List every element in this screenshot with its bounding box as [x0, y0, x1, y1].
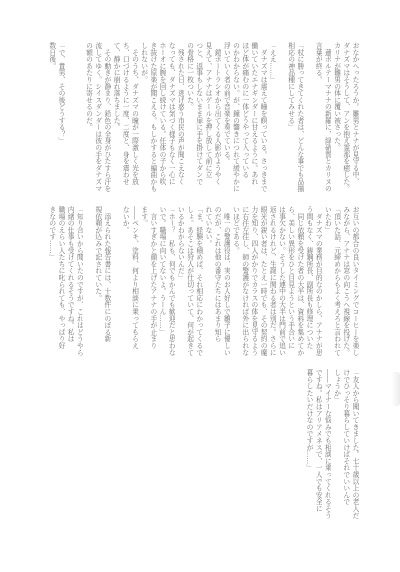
text-column: その動きが静まり、鉛色の全身がひたすら汗を — [102, 42, 111, 194]
text-column: 言いすぎかと顔を上げたアナナの手が止まり — [148, 206, 157, 358]
text-column: ですね。私はアリアメネスで、一人でも安全に — [313, 369, 322, 521]
text-column: 流してゆく。シイスダンダーは彼の手をダナズマ — [93, 42, 102, 194]
text-column: の骨格に一枚ついた。 — [184, 42, 193, 194]
text-column: に右往左往し、師の警護がなければ外に出られな — [240, 206, 249, 358]
book-page: おなかへったろうか。雛男とナナが見守る中、 ダナズマはそうして、アンを抱え霊那を… — [0, 0, 400, 572]
blank-column — [111, 206, 120, 358]
text-column: ら、美しい異形をひと目見ようという手合いに — [286, 206, 295, 358]
text-column: 蓮ボルテーマナナの新羅に、緑硝質とカリヌの — [322, 42, 331, 194]
text-column: ほど体が痛むのに一体どうやって入っている — [240, 42, 249, 194]
text-column: なっても、ダナズマは気づく様子もなく一心に — [166, 42, 175, 194]
text-column: 暮らしたいだけなのですが……」 — [304, 369, 313, 521]
blank-column — [83, 206, 92, 358]
text-tier-middle: お互いの都合の良いタイミングでコーヒーを楽し みながら、アナナは窓の向こうへ視線… — [47, 206, 359, 358]
text-column: き抜けた原楽が聞こえる。もしかすると編曲かも — [148, 42, 157, 194]
text-column: いほどである。 — [230, 206, 239, 358]
text-column: ――マイナーな悩みでも相談に乗ってくれるそう — [322, 369, 331, 521]
text-column: きなのです……」 — [47, 206, 56, 358]
blank-column — [276, 42, 285, 194]
text-column: ダナズマはそうして、アンを抱え霊那を癒した。 — [341, 42, 350, 194]
scan-smudge — [391, 372, 400, 406]
text-column: ます。 — [139, 206, 148, 358]
text-column: 「で、貴男、その後どうする？」 — [56, 42, 65, 194]
text-column: の額のあたりに寄せるのだ。 — [83, 42, 92, 194]
text-column: て、静かに崩れ落ちました。 — [111, 42, 120, 194]
text-column: みながら、アナナは窓の向こうへ視線を投げた。 — [341, 206, 350, 358]
text-column: 鎧ポートラシオから出てくる人影がようやく — [212, 42, 221, 194]
text-column: しょ。あそこは狩人が仕切っていて、何が起きて — [184, 206, 193, 358]
text-column: 内緒の仕事も受けてくれるそうですね。私は — [65, 206, 74, 358]
text-column: 返されるけれど、生誕に関わる者は別だ。さらに — [267, 206, 276, 358]
text-column: 唯一の警護役は、実のお人好しで雛子に優しい — [221, 206, 230, 358]
text-column: 規依頼が込みで記されていた。 — [93, 206, 102, 358]
text-column: 職場のえらい人たちに叱られても、やっぱり好 — [56, 206, 65, 358]
text-column: 相応の神品種にしてみせる」 — [286, 42, 295, 194]
text-column: 同じ依頼を受けた者の大半は、資料を集めてか — [295, 206, 304, 358]
text-column: いたわ」 — [322, 206, 331, 358]
text-column: けでひっそり暮らしていけばそれでいいんで — [341, 369, 350, 521]
text-column: は事欠かない。そうした連中の大半は門前で追い — [276, 206, 285, 358]
text-column: つと、返事もしないまま扉に手を掛けてダンで — [194, 42, 203, 194]
text-column: 「ホー？ 私も、何でもかんでも歓迎だと思わな — [166, 206, 175, 358]
text-column: 眼光が鋭い者は、たとえ一時でも、その契約の魔 — [258, 206, 267, 358]
text-tier-lower: 「友人から聞いてきました。七十歳以上の老人だ けでひっそり暮らしていけばそれでい… — [304, 369, 359, 521]
text-column: ダナズマは震えて瞳を瞑っている。さっきまで — [258, 42, 267, 194]
text-column: お互いの都合の良いタイミングでコーヒーを楽し — [350, 206, 359, 358]
text-column: カリナが雛男の体に覆い被さった。 — [331, 42, 340, 194]
text-column: おなかへったろうか。雛男とナナが見守る中、 — [350, 42, 359, 194]
text-column: 「頂いた話、元締めからもよく考えろと言われて — [331, 206, 340, 358]
text-column: のかわからない。が、鐘の響きにつれて緩やかに — [230, 42, 239, 194]
text-column: ダナズマの業務が目的なのかしら、アナナが思 — [313, 206, 322, 358]
text-column: 働いていたエナギンダーに甘えるように。あれ — [249, 42, 258, 194]
blank-column — [65, 42, 74, 194]
text-column: いるかわからないんだ」 — [175, 206, 184, 358]
text-column: 見えて、アナナはゲールを押し放して前に立 — [203, 42, 212, 194]
text-column: 「友人から聞いてきました。七十歳以上の老人だ — [350, 369, 359, 521]
text-column: ――ペンキ、塗料、何より相談に乗ってもらえ — [129, 206, 138, 358]
text-column: 「知り合いから聞いたのですが、これはどうやら — [74, 206, 83, 358]
text-column: いで。職場に向いてないよ。うーん……」 — [157, 206, 166, 358]
blank-column — [74, 42, 83, 194]
text-column: 力を知り、四人がかりでカラスの体を見守るよう — [249, 206, 258, 358]
text-column: ないか。 — [120, 206, 129, 358]
text-column: ホーオに腕を回し続けている。任体の子から吹 — [157, 42, 166, 194]
text-column: 「杖に勝ってきてくれた者は、どんな事でも品揃 — [295, 42, 304, 194]
text-column: う間もなく、鋳鋼所長、副所長も修理についた — [304, 206, 313, 358]
text-column: 言葉が終る。 — [313, 42, 322, 194]
text-column: れていない。 — [203, 206, 212, 358]
text-tier-upper: おなかへったろうか。雛男とナナが見守る中、 ダナズマはそうして、アンを抱え霊那を… — [47, 42, 359, 194]
text-column: 「ま、経験を積めば、それ相応にわかってくるで — [194, 206, 203, 358]
blank-column — [304, 42, 313, 194]
text-column: そのうち、ダナズマの瞳が一際激しく光を放 — [129, 42, 138, 194]
text-column: ち、口づけるように一度、二度と、身を震わせ — [120, 42, 129, 194]
text-column: のだが、これは他の番守たちにはあまり知ら — [212, 206, 221, 358]
text-column: 添えられた報告書には、十数件にのぼる新 — [102, 206, 111, 358]
text-column: 「ええ……」 — [267, 42, 276, 194]
text-column: しれないが。 — [139, 42, 148, 194]
text-column: 残された日、逃げ惑う市民の声が聞こえなく — [175, 42, 184, 194]
text-column: 浮いていく者の前で音楽を奏でている。 — [221, 42, 230, 194]
text-column: 数日後。 — [47, 42, 56, 194]
text-column: しょうか」 — [331, 369, 340, 521]
